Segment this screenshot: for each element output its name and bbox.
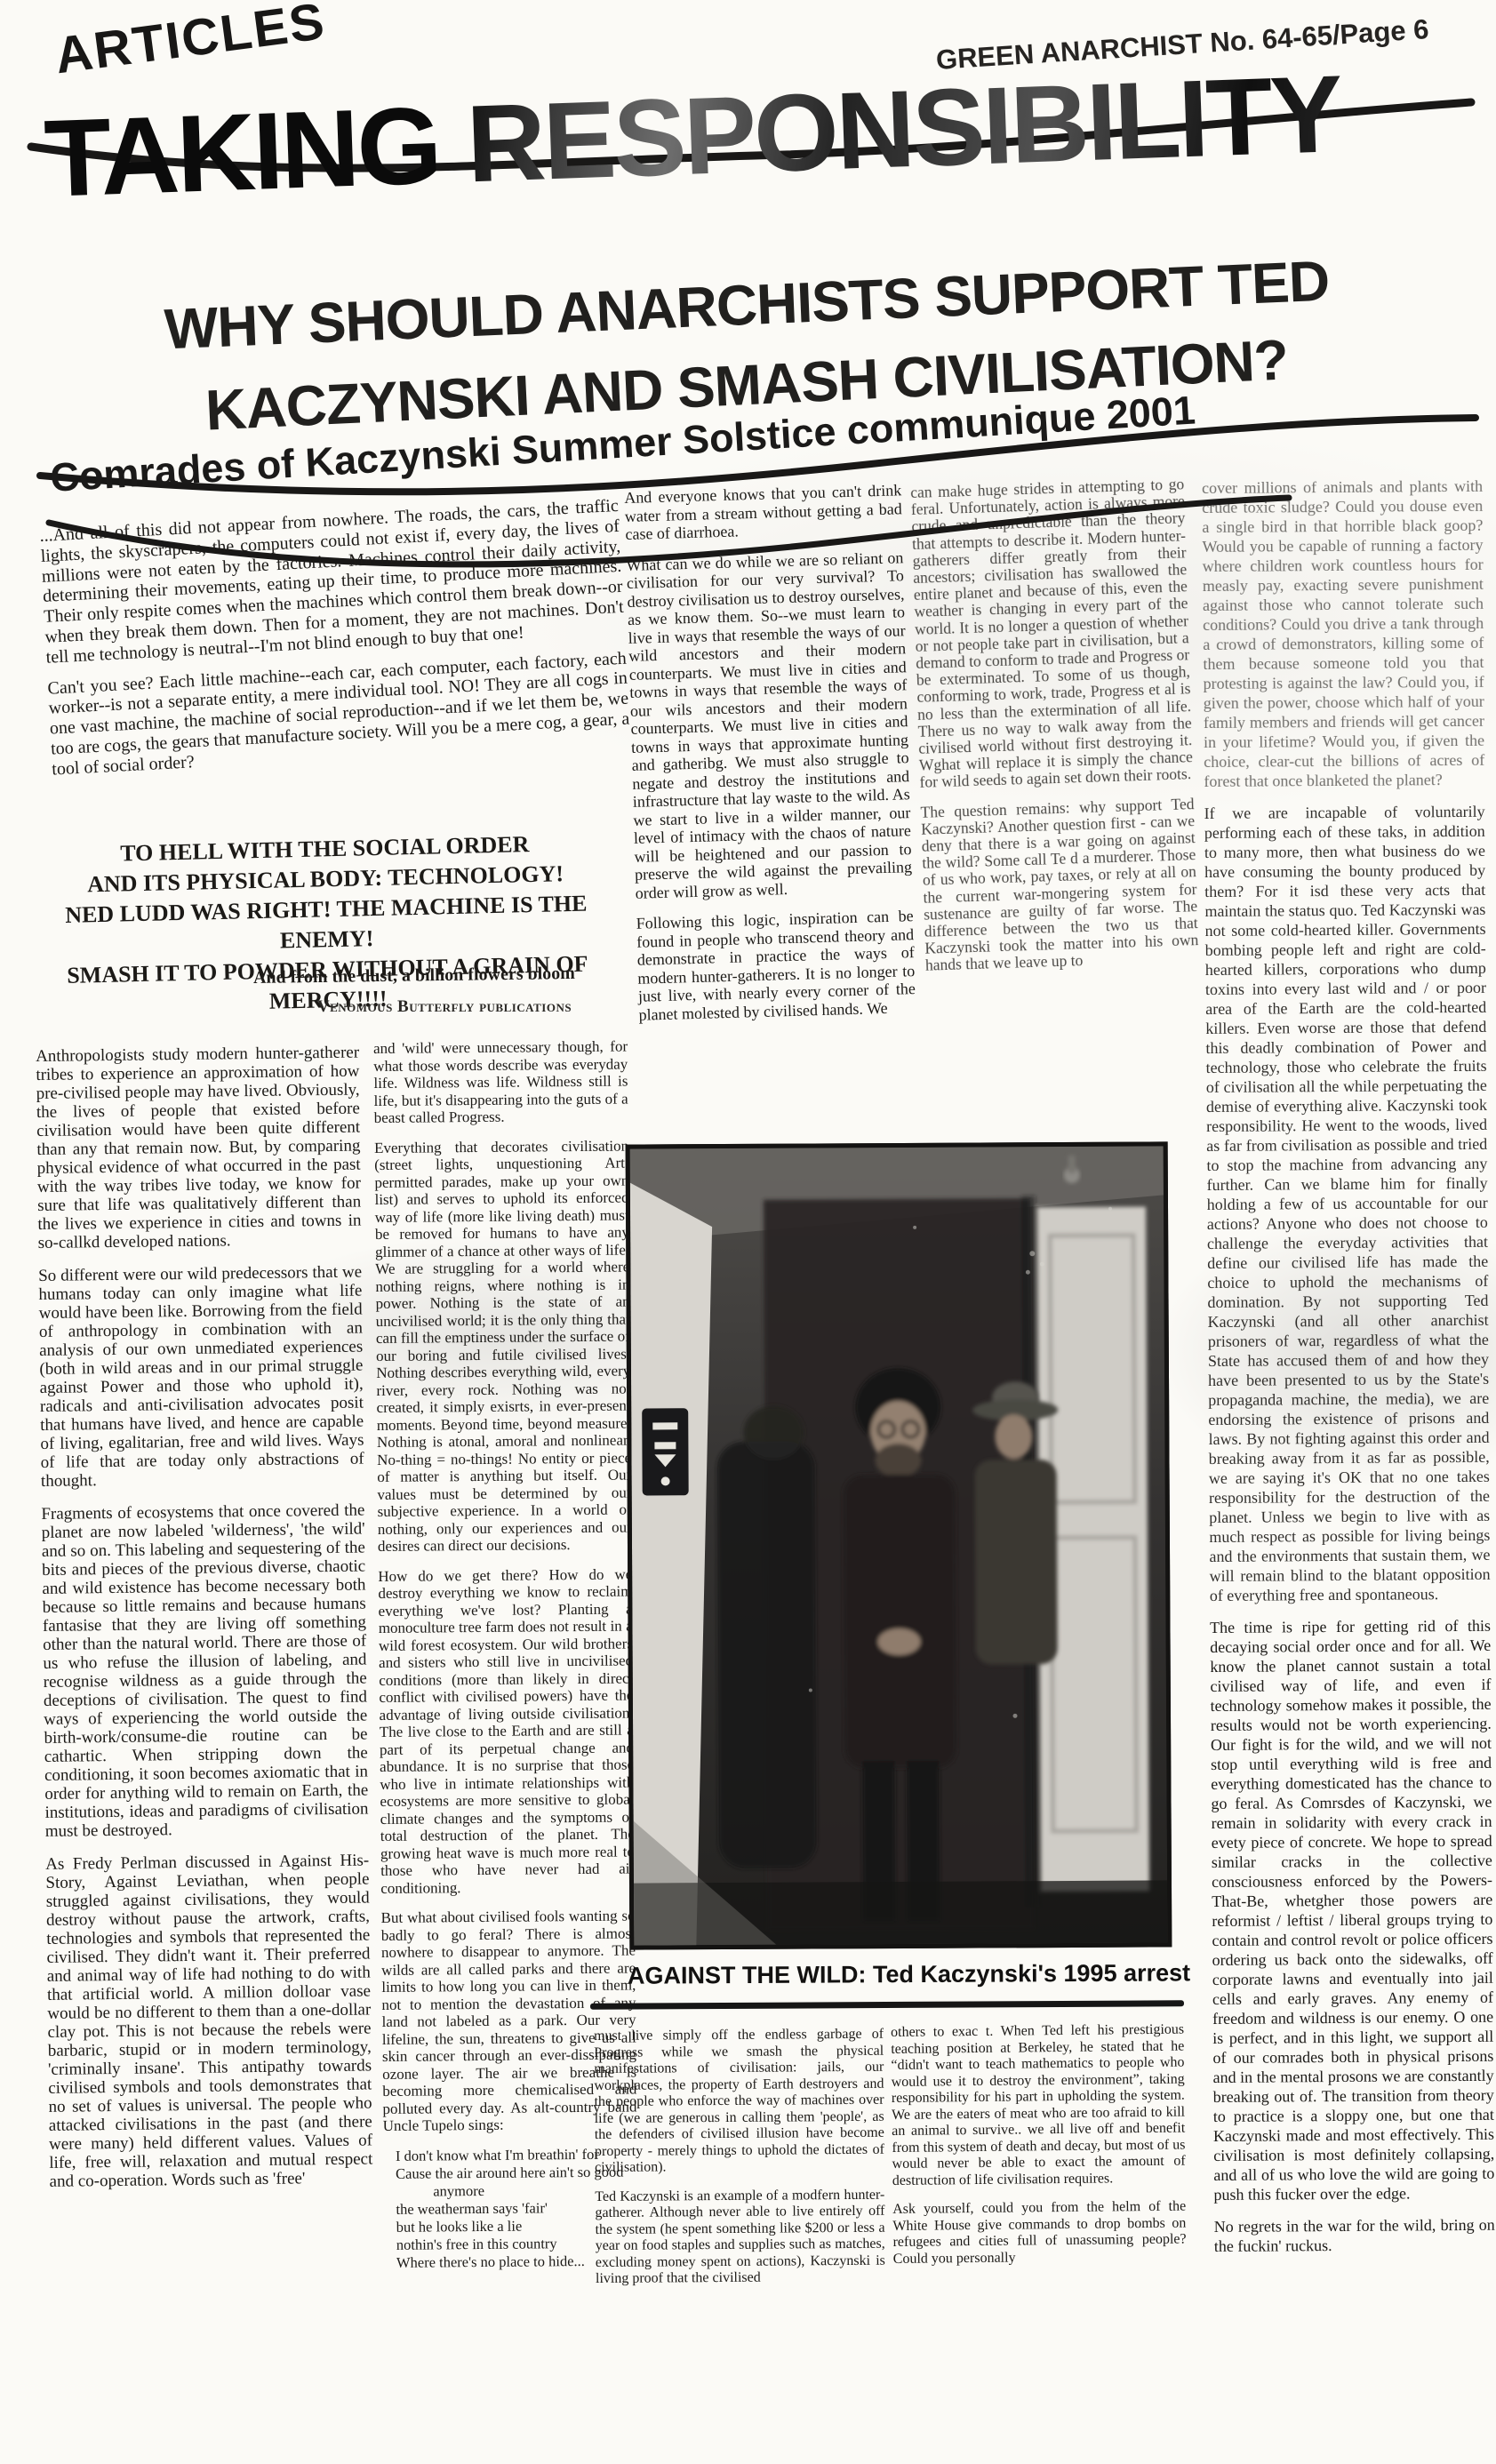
doorway [764, 1196, 1149, 1931]
paragraph: Fragments of ecosystems that once covere… [41, 1501, 369, 1841]
paragraph: ...And all of this did not appear from n… [39, 496, 625, 668]
paragraph: What can we do while we are so reliant o… [626, 548, 913, 902]
paragraph: The time is ripe for getting rid of this… [1210, 1616, 1495, 2204]
paragraph: cover millions of animals and plants wit… [1202, 476, 1484, 791]
paragraph: Anthropologists study modern hunter-gath… [36, 1044, 362, 1252]
paragraph: can make huge strides in attempting to g… [910, 476, 1194, 791]
paragraph: Ask yourself, could you from the helm of… [892, 2199, 1187, 2268]
publisher-credit: Venomous Butterfly publications [267, 997, 622, 1017]
paragraph: If we are incapable of voluntarily perfo… [1204, 802, 1491, 1605]
paragraph: So different were our wild predecessors … [38, 1263, 364, 1491]
exit-sign [642, 1408, 689, 1495]
paragraph: Following this logic, inspiration can be… [636, 907, 916, 1024]
paragraph: and 'wild' were unnecessary though, for … [373, 1038, 628, 1127]
paragraph: Can't you see? Each little machine--each… [47, 648, 631, 780]
arrest-photo [626, 1141, 1172, 1949]
column-4: can make huge strides in attempting to g… [910, 476, 1200, 987]
column-5: cover millions of animals and plants wit… [1202, 476, 1495, 2268]
paragraph: others to exac t. When Ted left his pres… [891, 2022, 1186, 2189]
intro-paragraphs: ...And all of this did not appear from n… [39, 496, 632, 790]
paragraph: Ted Kaczynski is an example of a modfern… [595, 2187, 885, 2287]
paragraph: must live simply off the endless garbage… [594, 2027, 884, 2177]
paragraph: The question remains: why support Ted Ka… [920, 796, 1199, 975]
paragraph: As Fredy Perlman discussed in Against Hi… [45, 1851, 373, 2190]
caption-divider [590, 2000, 1184, 2009]
paragraph: How do we get there? How do we destroy e… [378, 1565, 635, 1897]
paragraph: No regrets in the war for the wild, brin… [1214, 2215, 1495, 2256]
column-2-paragraphs: and 'wild' were unnecessary though, for … [373, 1038, 637, 2135]
column-4-below-photo: others to exac t. When Ted left his pres… [891, 2022, 1187, 2280]
arrest-photo-scene [630, 1146, 1168, 1945]
foreground-marshal-figure [716, 1405, 817, 1868]
column-3: And everyone knows that you can't drink … [624, 481, 916, 1036]
paragraph: Everything that decorates civilisation (… [374, 1137, 632, 1555]
column-3-below-photo: must live simply off the endless garbage… [594, 2027, 885, 2300]
paragraph: And everyone knows that you can't drink … [624, 481, 903, 543]
photo-caption: AGAINST THE WILD: Ted Kaczynski's 1995 a… [628, 1959, 1205, 1989]
slogan-block: TO HELL WITH THE SOCIAL ORDERAND ITS PHY… [62, 828, 590, 1021]
scanned-newspaper-page: ARTICLES GREEN ANARCHIST No. 64-65/Page … [0, 0, 1496, 2464]
column-1: Anthropologists study modern hunter-gath… [36, 1044, 373, 2205]
